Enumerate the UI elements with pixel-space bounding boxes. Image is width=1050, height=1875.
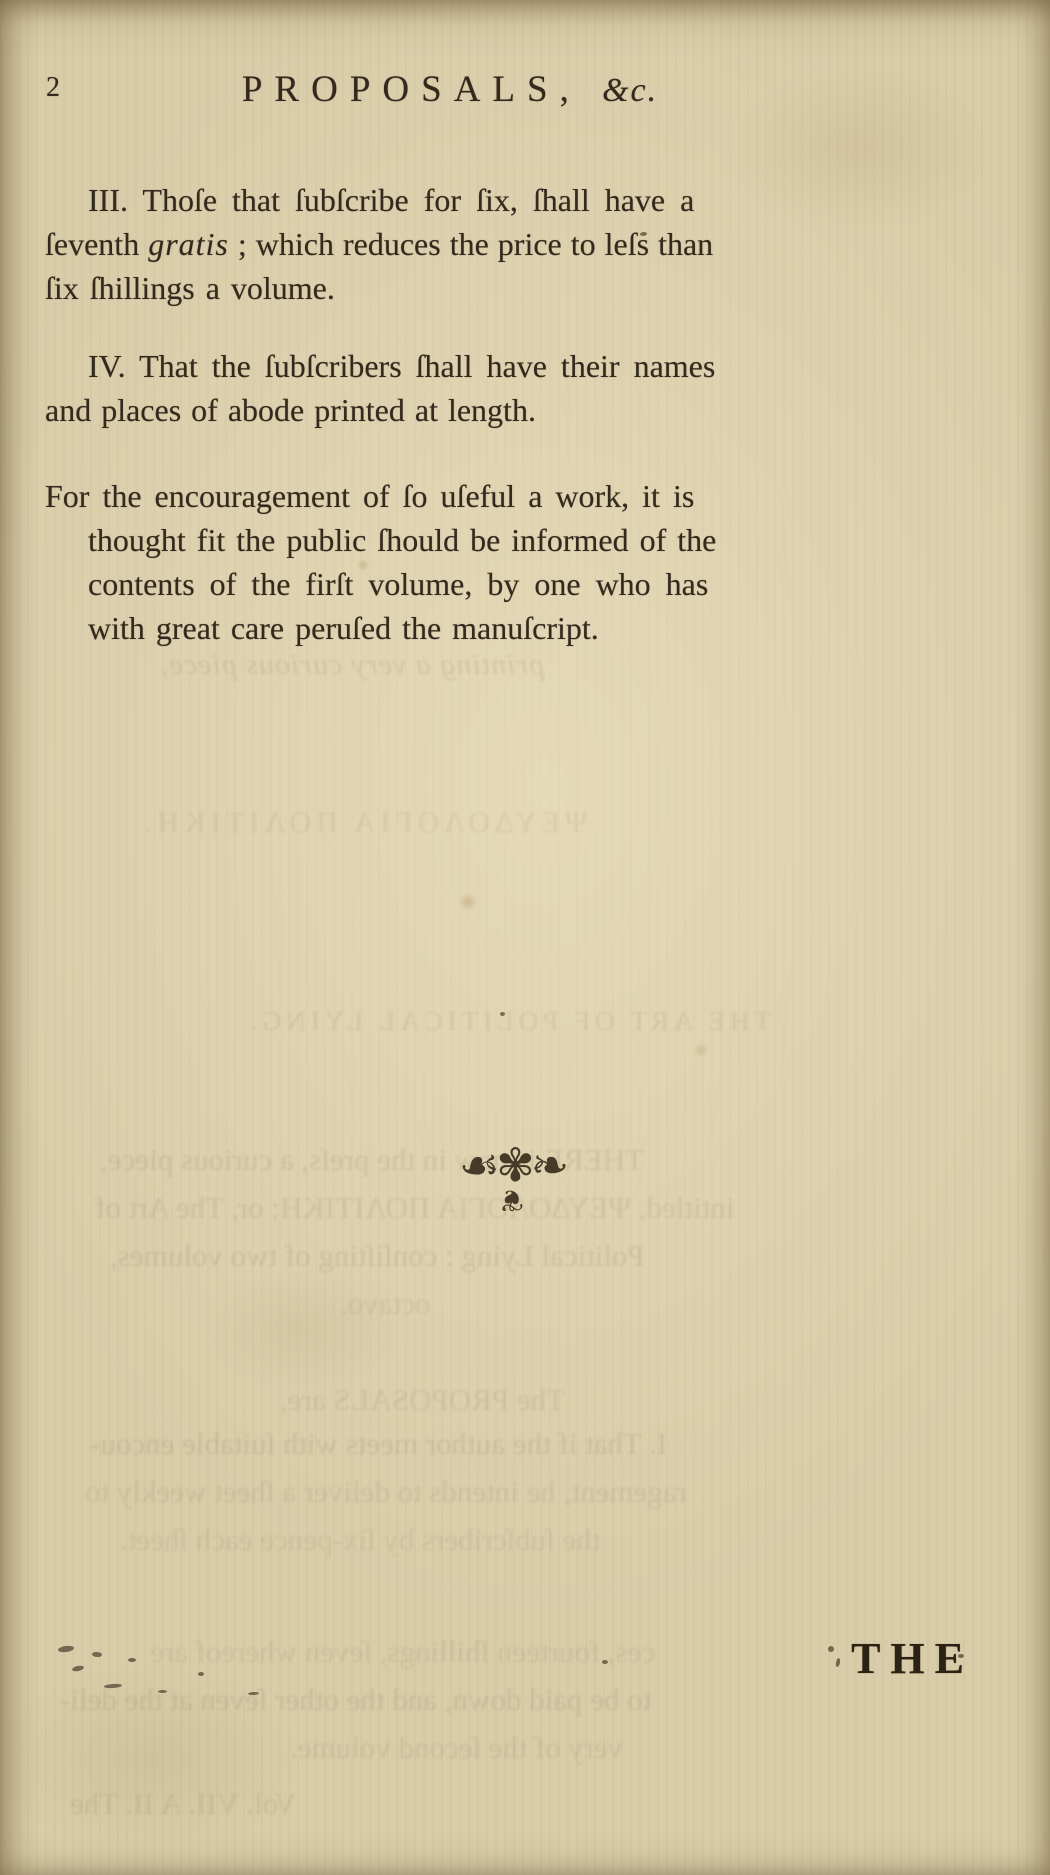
page-edge-vignette bbox=[0, 0, 1050, 1875]
book-page-scan: { "page": { "number": "2" }, "header": {… bbox=[0, 0, 1050, 1875]
